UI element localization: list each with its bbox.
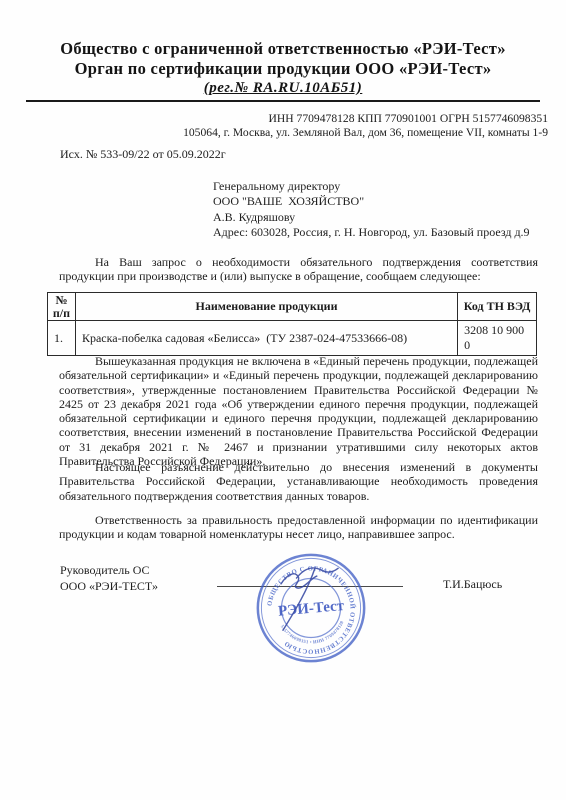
legal-address-line: 105064, г. Москва, ул. Земляной Вал, дом… [183, 126, 548, 140]
company-stamp: ОБЩЕСТВО С ОГРАНИЧЕННОЙ ОТВЕТСТВЕННОСТЬЮ… [253, 550, 369, 666]
stamp-graphic: ОБЩЕСТВО С ОГРАНИЧЕННОЙ ОТВЕТСТВЕННОСТЬЮ… [258, 555, 364, 661]
addressee-person: А.В. Кудряшову [213, 210, 530, 225]
signatory-role-line1: Руководитель ОС [60, 563, 158, 579]
cell-row-number: 1. [48, 321, 76, 356]
paragraph-body-2: Настоящее разъяснение действительно до в… [59, 460, 538, 503]
cert-body-line: Орган по сертификации продукции ООО «РЭИ… [26, 59, 540, 79]
org-name-line: Общество с ограниченной ответственностью… [26, 39, 540, 59]
paragraph-body-3: Ответственность за правильность предоста… [59, 513, 538, 542]
inn-kpp-ogrn-line: ИНН 7709478128 КПП 770901001 ОГРН 515774… [183, 112, 548, 126]
products-table: № п/п Наименование продукции Код ТН ВЭД … [47, 292, 537, 356]
table-row: 1. Краска-побелка садовая «Белисса» (ТУ … [48, 321, 537, 356]
letterhead: Общество с ограниченной ответственностью… [26, 39, 540, 102]
header-row-number: № п/п [48, 293, 76, 321]
paragraph-intro: На Ваш запрос о необходимости обязательн… [59, 255, 538, 284]
signatory-role: Руководитель ОС ООО «РЭИ-ТЕСТ» [60, 563, 158, 595]
addressee-position: Генеральному директору [213, 179, 530, 194]
outgoing-reference: Исх. № 533-09/22 от 05.09.2022г [60, 147, 226, 162]
requisites-block: ИНН 7709478128 КПП 770901001 ОГРН 515774… [183, 112, 548, 140]
addressee-block: Генеральному директору ООО "ВАШЕ ХОЗЯЙСТ… [213, 179, 530, 241]
header-tnved-code: Код ТН ВЭД [458, 293, 537, 321]
registration-number: (рег.№ RA.RU.10АБ51) [26, 79, 540, 97]
table-header-row: № п/п Наименование продукции Код ТН ВЭД [48, 293, 537, 321]
stamp-center-text: РЭИ-Тест [277, 598, 345, 620]
cell-product-name: Краска-побелка садовая «Белисса» (ТУ 238… [75, 321, 457, 356]
addressee-address: Адрес: 603028, Россия, г. Н. Новгород, у… [213, 225, 530, 240]
paragraph-body-1: Вышеуказанная продукция не включена в «Е… [59, 354, 538, 468]
cell-tnved-code: 3208 10 900 0 [458, 321, 537, 356]
signatory-role-line2: ООО «РЭИ-ТЕСТ» [60, 579, 158, 595]
letterhead-rule [26, 100, 540, 102]
addressee-company: ООО "ВАШЕ ХОЗЯЙСТВО" [213, 194, 530, 209]
header-product-name: Наименование продукции [75, 293, 457, 321]
signatory-name: Т.И.Бацюсь [443, 577, 502, 592]
scanned-letter-page: Общество с ограниченной ответственностью… [0, 0, 566, 800]
